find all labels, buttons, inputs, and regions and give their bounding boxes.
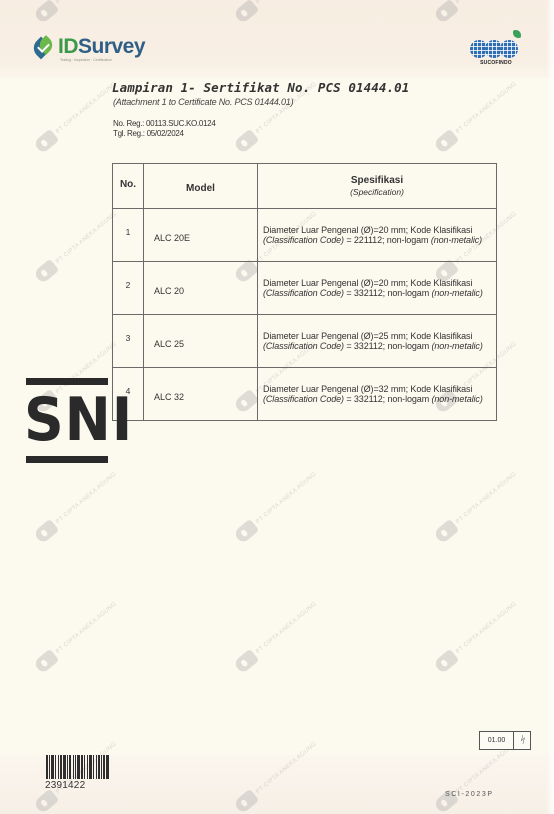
idsurvey-wordmark: IDSurvey [58,36,145,58]
spec-text: Diameter Luar Pengenal (Ø)=32 mm; Kode K… [263,384,472,394]
cell-model: ALC 32 [144,368,258,421]
cell-spec: Diameter Luar Pengenal (Ø)=32 mm; Kode K… [258,368,497,421]
check-badge-icon [513,30,521,38]
watermark-logo-icon [33,259,59,285]
watermark-logo-icon [33,519,59,545]
watermark: PT CIPTA ANEKA AGUNG [232,597,322,676]
watermark-logo-icon [433,519,459,545]
watermark: PT CIPTA ANEKA AGUNG [32,77,122,156]
spec-text: = 332112; non-logam [344,341,432,351]
header-spec: Spesifikasi (Specification) [258,164,497,209]
spec-text: = 221112; non-logam [344,235,431,245]
registration-date: Tgl. Reg.: 05/02/2024 [113,129,215,139]
spec-text-en: (Classification Code) [263,341,344,351]
sucofindo-name: SUCOFINDO [470,60,522,66]
watermark-logo-icon [33,649,59,675]
watermark: PT CIPTA ANEKA AGUNG [432,597,522,676]
globe-icon [470,40,515,58]
table-row: 1ALC 20EDiameter Luar Pengenal (Ø)=20 mm… [113,209,497,262]
watermark-logo-icon [433,129,459,155]
idsurvey-tagline: Testing · Inspection · Certification [60,58,112,62]
table-row: 4ALC 32Diameter Luar Pengenal (Ø)=32 mm;… [113,368,497,421]
barcode-number: 2391422 [45,780,85,791]
watermark-logo-icon [233,129,259,155]
cell-no: 1 [113,209,144,262]
idsurvey-check-icon [33,36,55,58]
document-title: Lampiran 1- Sertifikat No. PCS 01444.01 [112,80,409,95]
initial-signature: ᛋ [514,732,530,749]
sucofindo-logo: SUCOFINDO [470,30,522,70]
barcode [46,755,130,779]
cell-model: ALC 20 [144,262,258,315]
document-subtitle: (Attachment 1 to Certificate No. PCS 014… [113,97,293,107]
spec-text-en: (non-metalic) [432,288,483,298]
table-row: 2ALC 20Diameter Luar Pengenal (Ø)=20 mm;… [113,262,497,315]
watermark-logo-icon [233,649,259,675]
registration-number: No. Reg.: 00113.SUC.KO.0124 [113,119,215,129]
header-spec-id: Spesifikasi [351,175,403,186]
sni-mark: SNI [26,378,108,463]
header-spec-en: (Specification) [258,187,496,197]
cell-model: ALC 25 [144,315,258,368]
spec-text: = 332112; non-logam [344,394,432,404]
spec-text-en: (Classification Code) [263,235,344,245]
sni-letters: SNI [24,388,103,452]
cell-model: ALC 20E [144,209,258,262]
cell-spec: Diameter Luar Pengenal (Ø)=20 mm; Kode K… [258,209,497,262]
spec-text-en: (non-metalic) [432,394,483,404]
cell-no: 3 [113,315,144,368]
spec-text-en: (Classification Code) [263,288,344,298]
spec-text: = 332112; non-logam [344,288,432,298]
cell-spec: Diameter Luar Pengenal (Ø)=25 mm; Kode K… [258,315,497,368]
idsurvey-logo: IDSurvey Testing · Inspection · Certific… [33,36,145,58]
watermark-logo-icon [433,649,459,675]
spec-text-en: (non-metalic) [431,235,482,245]
specification-table: No. Model Spesifikasi (Specification) 1A… [112,163,497,421]
registration-info: No. Reg.: 00113.SUC.KO.0124 Tgl. Reg.: 0… [113,119,215,138]
watermark-logo-icon [33,129,59,155]
watermark: PT CIPTA ANEKA AGUNG [432,467,522,546]
table-header-row: No. Model Spesifikasi (Specification) [113,164,497,209]
spec-text: Diameter Luar Pengenal (Ø)=20 mm; Kode K… [263,225,472,235]
watermark: PT CIPTA ANEKA AGUNG [32,207,122,286]
page-code-box: 01.00 ᛋ [479,731,531,750]
watermark: PT CIPTA ANEKA AGUNG [232,467,322,546]
watermark: PT CIPTA ANEKA AGUNG [432,77,522,156]
header-no: No. [113,164,144,209]
spec-text-en: (non-metalic) [432,341,483,351]
cell-spec: Diameter Luar Pengenal (Ø)=20 mm; Kode K… [258,262,497,315]
watermark: PT CIPTA ANEKA AGUNG [32,597,122,676]
cell-no: 2 [113,262,144,315]
scan-edge [546,0,554,814]
spec-text: Diameter Luar Pengenal (Ø)=20 mm; Kode K… [263,278,472,288]
header-model: Model [144,164,258,209]
sni-bottom-bar [26,456,108,463]
watermark-logo-icon [233,519,259,545]
table-row: 3ALC 25Diameter Luar Pengenal (Ø)=25 mm;… [113,315,497,368]
spec-text: Diameter Luar Pengenal (Ø)=25 mm; Kode K… [263,331,472,341]
form-code: SCI-2023P [445,791,494,798]
spec-text-en: (Classification Code) [263,394,344,404]
watermark: PT CIPTA ANEKA AGUNG [32,467,122,546]
sni-top-bar [26,378,108,385]
page-code: 01.00 [480,732,514,749]
